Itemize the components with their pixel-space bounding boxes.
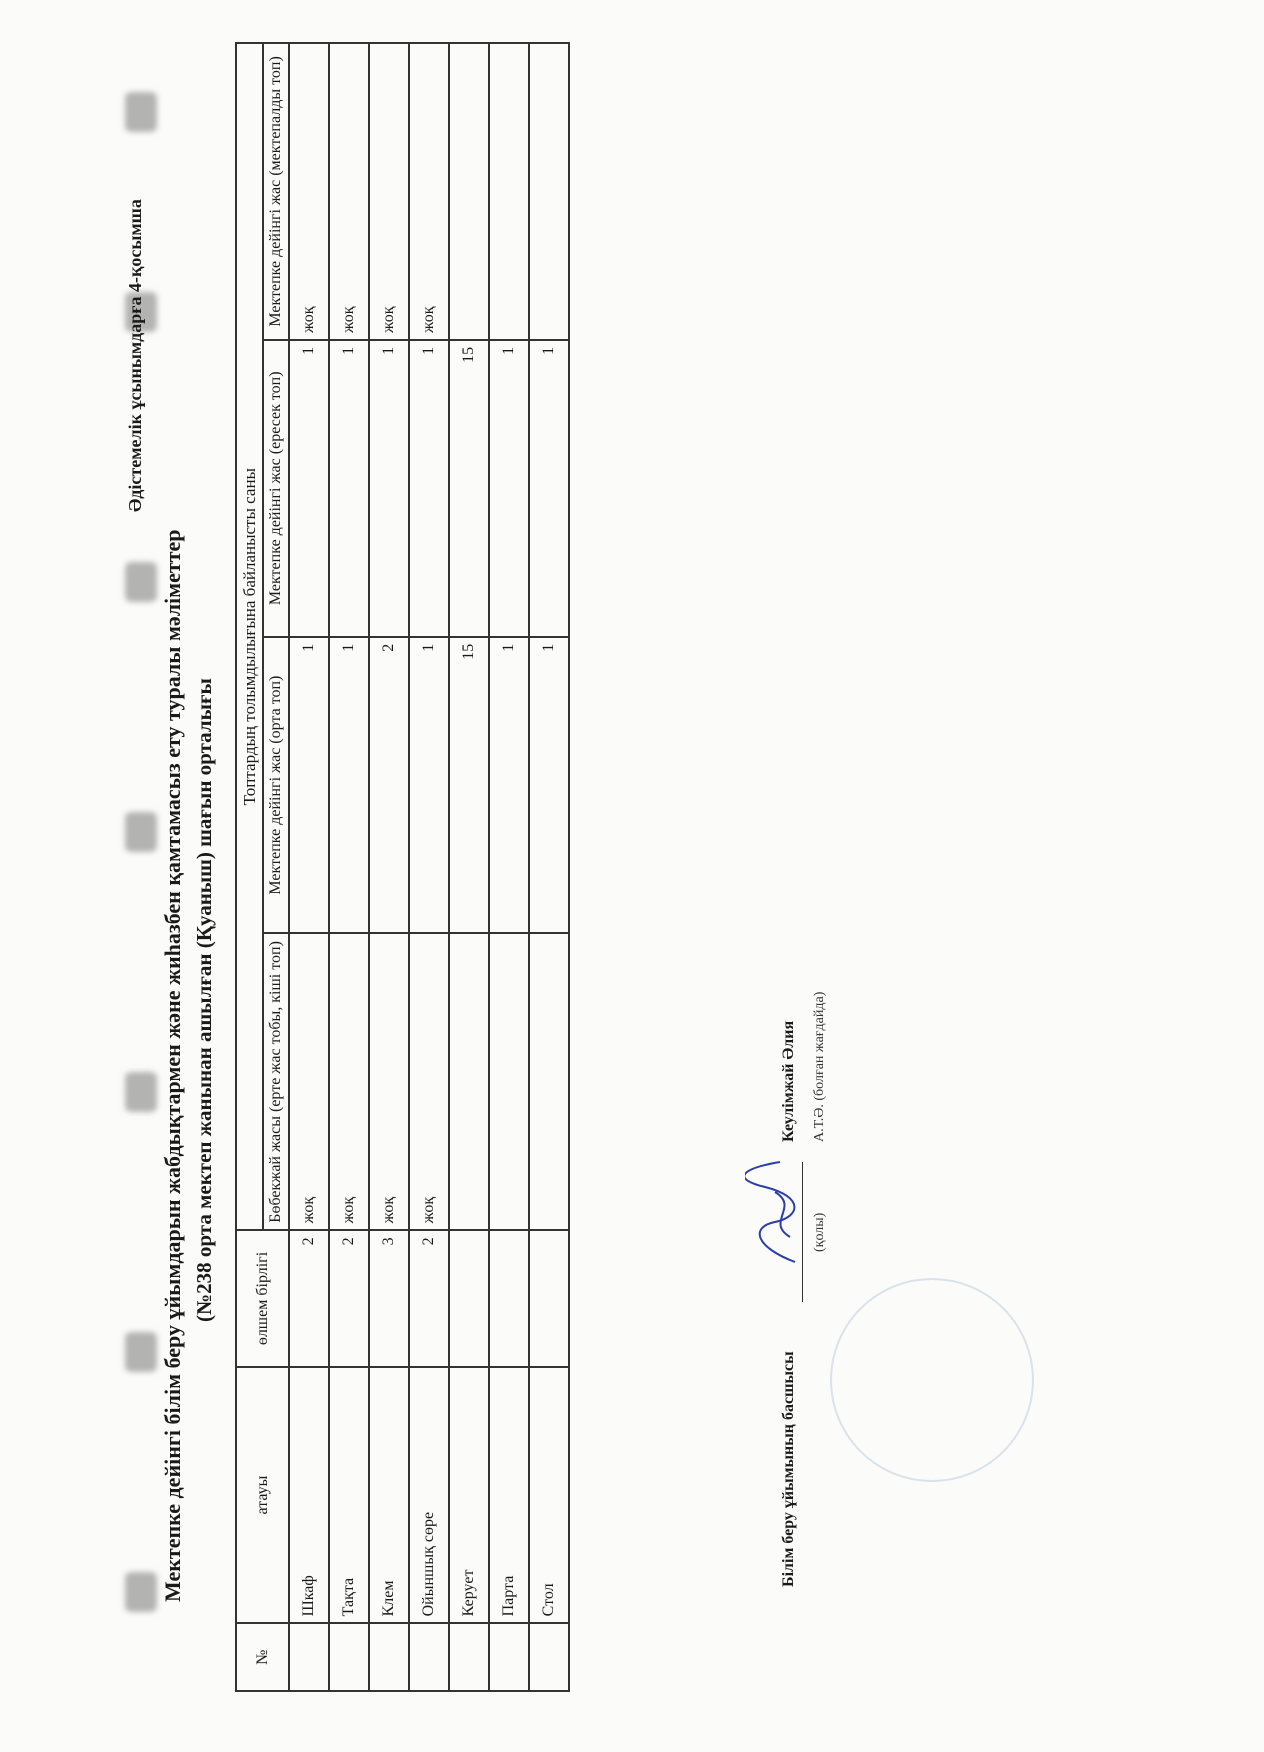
document-subtitle: (№238 орта мектеп жанынан ашылған (Қуаны… <box>192 678 217 1322</box>
header-number: № <box>236 1623 289 1691</box>
row-unit: 3 <box>369 1230 409 1366</box>
header-nursery-group: Бөбекжай жасы (ерте жас тобы, кіші топ) <box>263 934 289 1231</box>
signer-name-caption: А.Т.Ә. (болған жағдайда) <box>812 992 828 1142</box>
row-preschool: жоқ <box>369 43 409 340</box>
row-middle: 1 <box>289 637 329 934</box>
signature-caption: (қолы) <box>812 1213 828 1252</box>
row-nursery <box>449 934 489 1231</box>
header-name: атауы <box>236 1367 289 1624</box>
row-number <box>289 1623 329 1691</box>
header-preschool-group: Мектепке дейінгі жас (мектепалды топ) <box>263 43 289 340</box>
row-preschool <box>449 43 489 340</box>
row-senior: 15 <box>449 340 489 637</box>
row-name: Парта <box>489 1367 529 1624</box>
signature-icon <box>745 1157 810 1267</box>
row-number <box>329 1623 369 1691</box>
row-middle: 1 <box>329 637 369 934</box>
row-name: Ойыншық сөре <box>409 1367 449 1624</box>
row-unit <box>449 1230 489 1366</box>
scanned-page: Әдістемелік ұсынымдарға 4-қосымша Мектеп… <box>0 0 1264 1752</box>
scan-artifact <box>125 562 157 602</box>
row-unit <box>529 1230 569 1366</box>
row-middle: 1 <box>409 637 449 934</box>
row-number <box>489 1623 529 1691</box>
row-preschool <box>489 43 529 340</box>
header-group-count: Топтардың толымдылығына байланысты саны <box>236 43 263 1230</box>
row-name: Шкаф <box>289 1367 329 1624</box>
scan-artifact <box>125 812 157 852</box>
header-middle-group: Мектепке дейінгі жас (орта топ) <box>263 637 289 934</box>
row-senior: 1 <box>369 340 409 637</box>
scan-artifact <box>125 92 157 132</box>
row-middle: 1 <box>489 637 529 934</box>
row-nursery: жоқ <box>329 934 369 1231</box>
row-unit: 2 <box>409 1230 449 1366</box>
row-senior: 1 <box>329 340 369 637</box>
document-title: Мектепке дейінгі білім беру ұйымдарын жа… <box>160 529 186 1602</box>
row-preschool <box>529 43 569 340</box>
table-row: Керует1515 <box>449 43 489 1691</box>
row-nursery <box>489 934 529 1231</box>
row-middle: 15 <box>449 637 489 934</box>
table-row: Шкаф2жоқ11жоқ <box>289 43 329 1691</box>
row-unit: 2 <box>289 1230 329 1366</box>
row-middle: 1 <box>529 637 569 934</box>
scan-artifact <box>125 1332 157 1372</box>
row-senior: 1 <box>289 340 329 637</box>
row-nursery: жоқ <box>369 934 409 1231</box>
row-number <box>369 1623 409 1691</box>
scan-artifact <box>125 1072 157 1112</box>
table-row: Тақта2жоқ11жоқ <box>329 43 369 1691</box>
faded-stamp <box>830 1278 1034 1482</box>
row-nursery: жоқ <box>409 934 449 1231</box>
row-name: Клем <box>369 1367 409 1624</box>
row-unit <box>489 1230 529 1366</box>
row-senior: 1 <box>409 340 449 637</box>
table-row: Стол11 <box>529 43 569 1691</box>
equipment-table: № атауы өлшем бірлігі Топтардың толымдыл… <box>235 42 570 1692</box>
row-senior: 1 <box>489 340 529 637</box>
row-nursery <box>529 934 569 1231</box>
row-name: Стол <box>529 1367 569 1624</box>
row-unit: 2 <box>329 1230 369 1366</box>
header-unit: өлшем бірлігі <box>236 1230 289 1366</box>
row-number <box>409 1623 449 1691</box>
row-preschool: жоқ <box>289 43 329 340</box>
annex-label: Әдістемелік ұсынымдарға 4-қосымша <box>125 199 146 512</box>
row-preschool: жоқ <box>329 43 369 340</box>
signature-role: Білім беру ұйымының басшысы <box>780 1351 798 1587</box>
header-senior-group: Мектепке дейінгі жас (ересек топ) <box>263 340 289 637</box>
table-row: Клем3жоқ21жоқ <box>369 43 409 1691</box>
row-name: Керует <box>449 1367 489 1624</box>
row-preschool: жоқ <box>409 43 449 340</box>
row-name: Тақта <box>329 1367 369 1624</box>
table-row: Ойыншық сөре2жоқ11жоқ <box>409 43 449 1691</box>
row-middle: 2 <box>369 637 409 934</box>
row-senior: 1 <box>529 340 569 637</box>
signer-name: Кеулімжай Әлия <box>780 1021 798 1142</box>
scan-artifact <box>125 1572 157 1612</box>
row-number <box>449 1623 489 1691</box>
row-number <box>529 1623 569 1691</box>
table-row: Парта11 <box>489 43 529 1691</box>
row-nursery: жоқ <box>289 934 329 1231</box>
